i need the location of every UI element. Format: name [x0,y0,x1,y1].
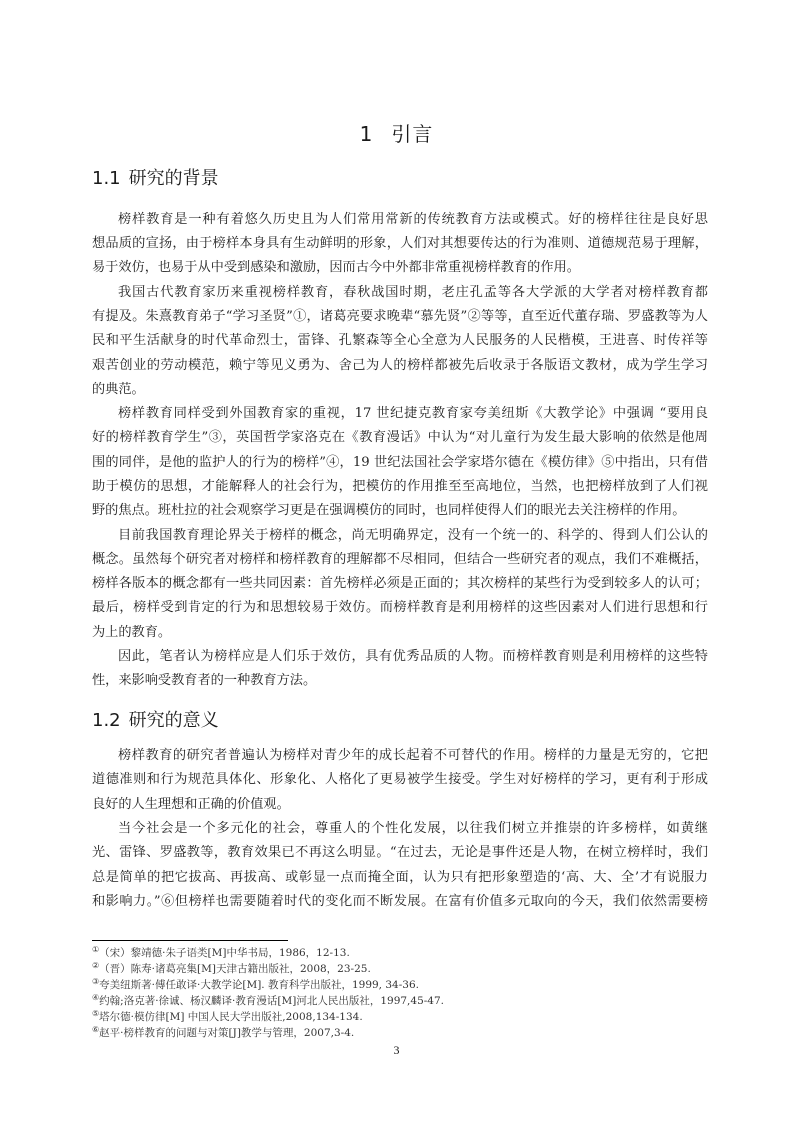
footnote-text: （宋）黎靖德·朱子语类[M]中华书局，1986，12-13. [99,947,350,959]
chapter-number: 1 [360,122,374,146]
chapter-title: 1引言 [0,118,793,147]
paragraph-line: 因此，笔者认为榜样应是人们乐于效仿，具有优秀品质的人物。而榜样教育则是利用榜样的… [118,647,708,667]
footnote: ⑤塔尔德·模仿律[M] 中国人民大学出版社,2008,134-134. [92,1010,363,1024]
paragraph-line: 好的榜样教育学生”③，英国哲学家洛克在《教育漫话》中认为“对儿童行为发生最大影响… [92,428,708,448]
paragraph-line: 榜样教育的研究者普遍认为榜样对青少年的成长起着不可替代的作用。榜样的力量是无穷的… [118,746,708,766]
paragraph-line: 当今社会是一个多元化的社会，尊重人的个性化发展，以往我们树立并推崇的许多榜样，如… [118,819,708,839]
chapter-title-text: 引言 [391,122,433,146]
paragraph-line: 道德准则和行为规范具体化、形象化、人格化了更易被学生接受。学生对好榜样的学习，更… [92,770,708,790]
footnote-separator [92,940,288,941]
page-number: 3 [0,1043,793,1058]
paragraph-line: 易于效仿，也易于从中受到感染和激励，因而古今中外都非常重视榜样教育的作用。 [92,258,708,278]
section-number: 1.2 [92,710,121,731]
paragraph-line: 民和平生活献身的时代革命烈士，雷锋、孔繁森等全心全意为人民服务的人民楷模，王进喜… [92,331,708,351]
footnote: ①（宋）黎靖德·朱子语类[M]中华书局，1986，12-13. [92,946,350,960]
paragraph-line: 光、雷锋、罗盛教等，教育效果已不再这么明显。“在过去，无论是事件还是人物，在树立… [92,843,708,863]
paragraph-line: 我国古代教育家历来重视榜样教育，春秋战国时期，老庄孔孟等各大学派的大学者对榜样教… [118,283,708,303]
paragraph-line: 榜样教育同样受到外国教育家的重视，17 世纪捷克教育家夸美纽斯《大教学论》中强调… [118,404,708,424]
footnote-text: （晋）陈寿·诸葛亮集[M]天津古籍出版社，2008，23-25. [99,963,371,975]
paragraph-line: 概念。虽然每个研究者对榜样和榜样教育的理解都不尽相同，但结合一些研究者的观点，我… [92,550,708,570]
footnote: ②（晋）陈寿·诸葛亮集[M]天津古籍出版社，2008，23-25. [92,962,371,976]
footnote: ④约翰;洛克著·徐诚、杨汉麟译·教育漫话[M]河北人民出版社，1997,45-4… [92,994,444,1008]
paragraph-line: 艰苦创业的劳动模范，赖宁等见义勇为、舍己为人的榜样都被先后收录于各版语文教材，成… [92,356,708,376]
paragraph-line: 总是简单的把它拔高、再拔高、或彰显一点而掩全面，认为只有把形象塑造的‘高、大、全… [92,868,708,888]
section-heading-1-1: 1.1研究的背景 [92,164,219,190]
footnote: ⑥赵平·榜样教育的问题与对策[J]教学与管理，2007,3-4. [92,1026,354,1040]
paragraph-line: 想品质的宣扬，由于榜样本身具有生动鲜明的形象，人们对其想要传达的行为准则、道德规… [92,234,708,254]
footnote-text: 塔尔德·模仿律[M] 中国人民大学出版社,2008,134-134. [99,1011,362,1023]
paragraph-line: 和影响力。”⑥但榜样也需要随着时代的变化而不断发展。在富有价值多元取向的今天，我… [92,892,708,912]
paragraph-line: 的典范。 [92,380,708,400]
paragraph-line: 榜样教育是一种有着悠久历史且为人们常用常新的传统教育方法或模式。好的榜样往往是良… [118,210,708,230]
section-number: 1.1 [92,168,121,189]
footnote-text: 夸美纽斯著·傅任敢译·大教学论[M]. 教育科学出版社，1999, 34-36. [99,979,419,991]
paragraph-line: 野的焦点。班杜拉的社会观察学习更是在强调模仿的同时，也同样使得人们的眼光去关注榜… [92,501,708,521]
paragraph-line: 榜样各版本的概念都有一些共同因素：首先榜样必须是正面的；其次榜样的某些行为受到较… [92,574,708,594]
paragraph-line: 围的同伴，是他的监护人的行为的榜样”④，19 世纪法国社会学家塔尔德在《模仿律》… [92,453,708,473]
paragraph-line: 最后，榜样受到肯定的行为和思想较易于效仿。而榜样教育是利用榜样的这些因素对人们进… [92,598,708,618]
footnote-text: 赵平·榜样教育的问题与对策[J]教学与管理，2007,3-4. [99,1027,354,1039]
paragraph-line: 良好的人生理想和正确的价值观。 [92,795,708,815]
paragraph-line: 为上的教育。 [92,623,708,643]
section-heading-1-2: 1.2研究的意义 [92,706,219,732]
footnote: ③夸美纽斯著·傅任敢译·大教学论[M]. 教育科学出版社，1999, 34-36… [92,978,419,992]
paragraph-line: 有提及。朱熹教育弟子“学习圣贤”①，诸葛亮要求晚辈“慕先贤”②等等，直至近代董存… [92,307,708,327]
section-title-text: 研究的背景 [129,168,219,189]
section-title-text: 研究的意义 [129,710,219,731]
paragraph-line: 目前我国教育理论界关于榜样的概念，尚无明确界定，没有一个统一的、科学的、得到人们… [118,526,708,546]
document-page: 1引言 1.1研究的背景 榜样教育是一种有着悠久历史且为人们常用常新的传统教育方… [0,0,793,1122]
paragraph-line: 性，来影响受教育者的一种教育方法。 [92,671,708,691]
paragraph-line: 助于模仿的思想，才能解释人的社会行为，把模仿的作用推至至高地位，当然，也把榜样放… [92,477,708,497]
footnote-text: 约翰;洛克著·徐诚、杨汉麟译·教育漫话[M]河北人民出版社，1997,45-47… [99,995,444,1007]
